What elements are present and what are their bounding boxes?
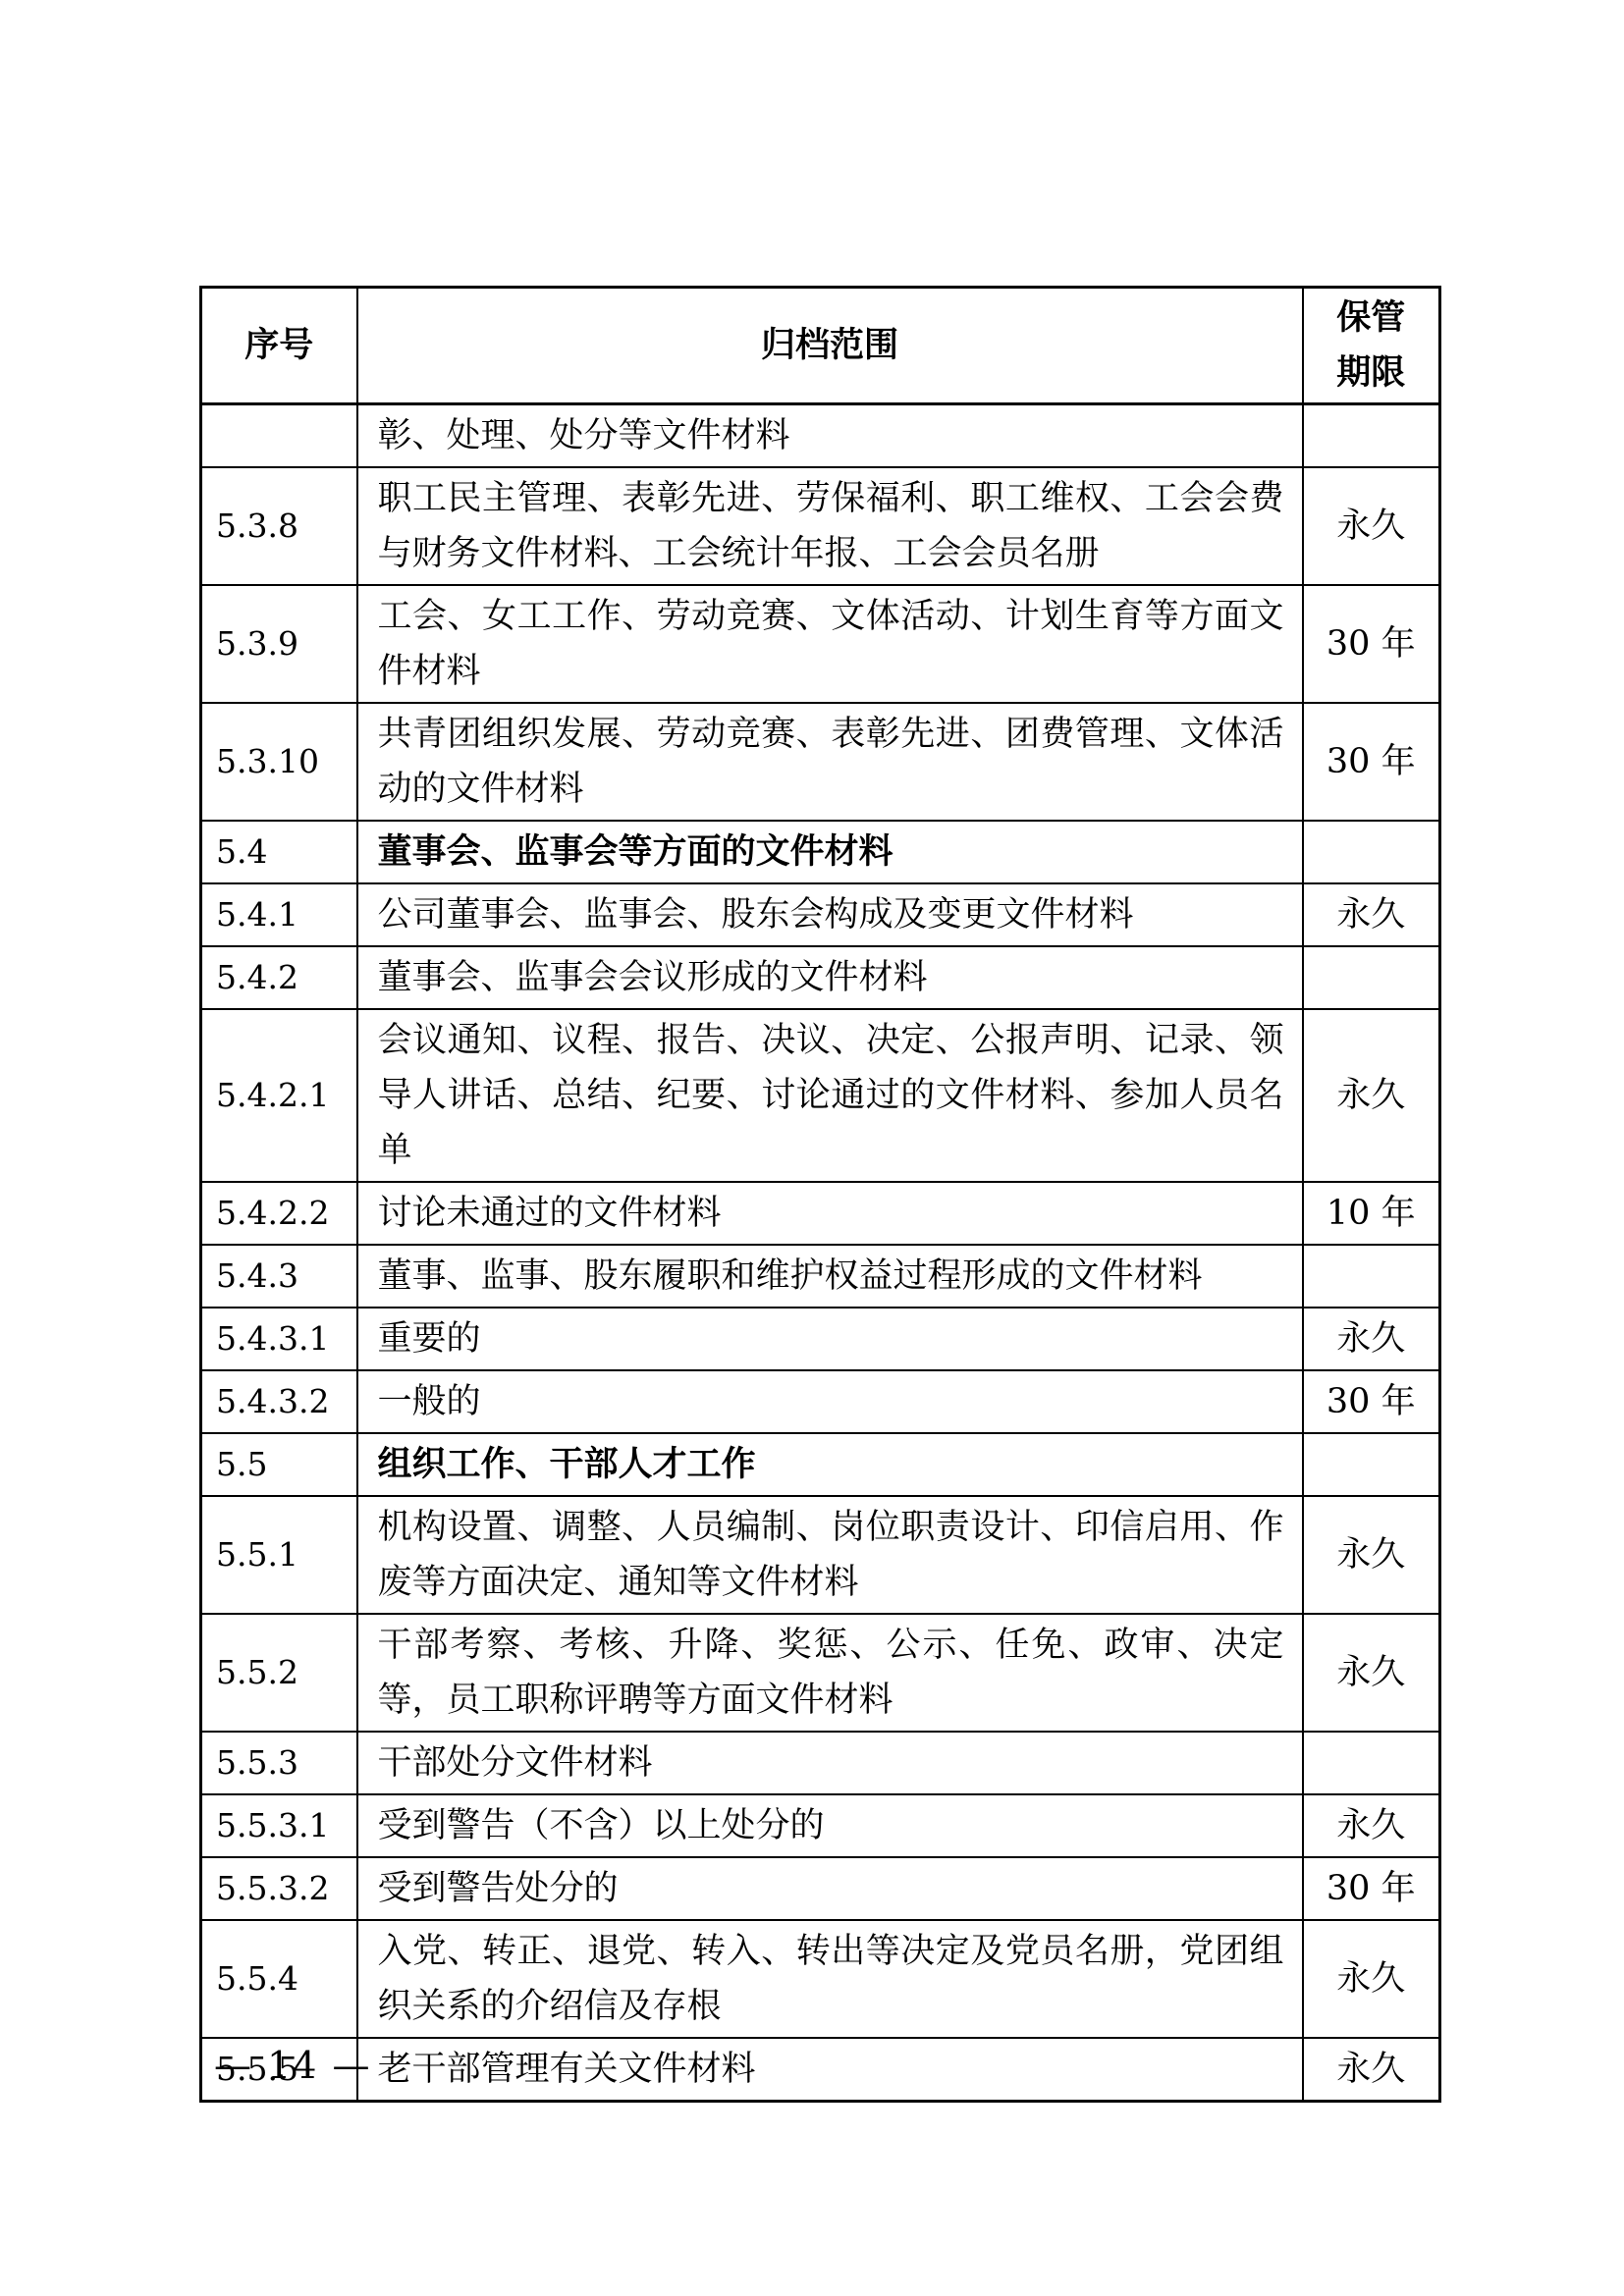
scope-cell: 工会、女工工作、劳动竞赛、文体活动、计划生育等方面文件材料 — [357, 585, 1303, 703]
table-row: 5.5组织工作、干部人才工作 — [201, 1433, 1440, 1496]
row-number-cell — [201, 404, 357, 468]
scope-cell: 机构设置、调整、人员编制、岗位职责设计、印信启用、作废等方面决定、通知等文件材料 — [357, 1496, 1303, 1614]
table-row: 彰、处理、处分等文件材料 — [201, 404, 1440, 468]
row-number-cell: 5.5.2 — [201, 1614, 357, 1732]
period-cell: 永久 — [1303, 1794, 1440, 1857]
table-row: 5.4董事会、监事会等方面的文件材料 — [201, 821, 1440, 883]
scope-cell: 公司董事会、监事会、股东会构成及变更文件材料 — [357, 883, 1303, 946]
table-row: 5.4.2.1会议通知、议程、报告、决议、决定、公报声明、记录、领导人讲话、总结… — [201, 1009, 1440, 1182]
period-cell — [1303, 1245, 1440, 1308]
document-page: 序号 归档范围 保管 期限 彰、处理、处分等文件材料5.3.8职工民主管理、表彰… — [0, 0, 1624, 2296]
table-row: 5.4.2董事会、监事会会议形成的文件材料 — [201, 946, 1440, 1009]
scope-cell: 讨论未通过的文件材料 — [357, 1182, 1303, 1245]
scope-cell: 董事会、监事会会议形成的文件材料 — [357, 946, 1303, 1009]
period-cell: 永久 — [1303, 1308, 1440, 1370]
period-cell — [1303, 821, 1440, 883]
header-retention-line2: 期限 — [1310, 346, 1434, 400]
archive-table-body: 彰、处理、处分等文件材料5.3.8职工民主管理、表彰先进、劳保福利、职工维权、工… — [201, 404, 1440, 2102]
period-cell — [1303, 946, 1440, 1009]
row-number-cell: 5.4.3 — [201, 1245, 357, 1308]
table-row: 5.5.3.1受到警告（不含）以上处分的永久 — [201, 1794, 1440, 1857]
period-cell: 永久 — [1303, 1920, 1440, 2038]
table-row: 5.5.3干部处分文件材料 — [201, 1732, 1440, 1794]
scope-cell: 老干部管理有关文件材料 — [357, 2038, 1303, 2102]
page-number-footer: — 14 — — [214, 2044, 372, 2087]
scope-cell: 组织工作、干部人才工作 — [357, 1433, 1303, 1496]
table-row: 5.5.2干部考察、考核、升降、奖惩、公示、任免、政审、决定等，员工职称评聘等方… — [201, 1614, 1440, 1732]
row-number-cell: 5.4.3.1 — [201, 1308, 357, 1370]
row-number-cell: 5.3.8 — [201, 467, 357, 585]
row-number-cell: 5.4.3.2 — [201, 1370, 357, 1433]
row-number-cell: 5.4.1 — [201, 883, 357, 946]
scope-cell: 干部处分文件材料 — [357, 1732, 1303, 1794]
table-row: 5.3.8职工民主管理、表彰先进、劳保福利、职工维权、工会会费与财务文件材料、工… — [201, 467, 1440, 585]
period-cell: 永久 — [1303, 1496, 1440, 1614]
row-number-cell: 5.5.4 — [201, 1920, 357, 2038]
period-cell: 10 年 — [1303, 1182, 1440, 1245]
table-row: 5.5.5老干部管理有关文件材料永久 — [201, 2038, 1440, 2102]
table-row: 5.3.10共青团组织发展、劳动竞赛、表彰先进、团费管理、文体活动的文件材料30… — [201, 703, 1440, 821]
table-row: 5.5.3.2受到警告处分的30 年 — [201, 1857, 1440, 1920]
scope-cell: 干部考察、考核、升降、奖惩、公示、任免、政审、决定等，员工职称评聘等方面文件材料 — [357, 1614, 1303, 1732]
period-cell: 永久 — [1303, 2038, 1440, 2102]
table-row: 5.4.3董事、监事、股东履职和维护权益过程形成的文件材料 — [201, 1245, 1440, 1308]
row-number-cell: 5.4.2.1 — [201, 1009, 357, 1182]
table-row: 5.4.1公司董事会、监事会、股东会构成及变更文件材料永久 — [201, 883, 1440, 946]
row-number-cell: 5.5.3.1 — [201, 1794, 357, 1857]
row-number-cell: 5.4 — [201, 821, 357, 883]
row-number-cell: 5.3.9 — [201, 585, 357, 703]
header-retention-period: 保管 期限 — [1303, 288, 1440, 404]
header-row: 序号 归档范围 保管 期限 — [201, 288, 1440, 404]
scope-cell: 职工民主管理、表彰先进、劳保福利、职工维权、工会会费与财务文件材料、工会统计年报… — [357, 467, 1303, 585]
period-cell: 永久 — [1303, 1009, 1440, 1182]
scope-cell: 入党、转正、退党、转入、转出等决定及党员名册，党团组织关系的介绍信及存根 — [357, 1920, 1303, 2038]
period-cell: 30 年 — [1303, 585, 1440, 703]
scope-cell: 彰、处理、处分等文件材料 — [357, 404, 1303, 468]
period-cell — [1303, 1732, 1440, 1794]
scope-cell: 共青团组织发展、劳动竞赛、表彰先进、团费管理、文体活动的文件材料 — [357, 703, 1303, 821]
period-cell: 永久 — [1303, 1614, 1440, 1732]
scope-cell: 董事、监事、股东履职和维护权益过程形成的文件材料 — [357, 1245, 1303, 1308]
table-row: 5.3.9工会、女工工作、劳动竞赛、文体活动、计划生育等方面文件材料30 年 — [201, 585, 1440, 703]
row-number-cell: 5.3.10 — [201, 703, 357, 821]
scope-cell: 重要的 — [357, 1308, 1303, 1370]
row-number-cell: 5.5.3 — [201, 1732, 357, 1794]
table-header: 序号 归档范围 保管 期限 — [201, 288, 1440, 404]
table-row: 5.4.3.1重要的永久 — [201, 1308, 1440, 1370]
row-number-cell: 5.4.2.2 — [201, 1182, 357, 1245]
header-serial-number: 序号 — [201, 288, 357, 404]
scope-cell: 董事会、监事会等方面的文件材料 — [357, 821, 1303, 883]
table-row: 5.5.1机构设置、调整、人员编制、岗位职责设计、印信启用、作废等方面决定、通知… — [201, 1496, 1440, 1614]
row-number-cell: 5.5.1 — [201, 1496, 357, 1614]
row-number-cell: 5.4.2 — [201, 946, 357, 1009]
table-row: 5.4.2.2讨论未通过的文件材料10 年 — [201, 1182, 1440, 1245]
archive-scope-table: 序号 归档范围 保管 期限 彰、处理、处分等文件材料5.3.8职工民主管理、表彰… — [199, 286, 1441, 2103]
scope-cell: 受到警告处分的 — [357, 1857, 1303, 1920]
period-cell: 30 年 — [1303, 1857, 1440, 1920]
header-archive-scope: 归档范围 — [357, 288, 1303, 404]
table-row: 5.5.4入党、转正、退党、转入、转出等决定及党员名册，党团组织关系的介绍信及存… — [201, 1920, 1440, 2038]
period-cell: 永久 — [1303, 883, 1440, 946]
scope-cell: 受到警告（不含）以上处分的 — [357, 1794, 1303, 1857]
table-row: 5.4.3.2一般的30 年 — [201, 1370, 1440, 1433]
period-cell: 30 年 — [1303, 1370, 1440, 1433]
row-number-cell: 5.5.3.2 — [201, 1857, 357, 1920]
period-cell — [1303, 404, 1440, 468]
scope-cell: 会议通知、议程、报告、决议、决定、公报声明、记录、领导人讲话、总结、纪要、讨论通… — [357, 1009, 1303, 1182]
row-number-cell: 5.5 — [201, 1433, 357, 1496]
header-retention-line1: 保管 — [1310, 291, 1434, 346]
scope-cell: 一般的 — [357, 1370, 1303, 1433]
period-cell — [1303, 1433, 1440, 1496]
period-cell: 30 年 — [1303, 703, 1440, 821]
period-cell: 永久 — [1303, 467, 1440, 585]
